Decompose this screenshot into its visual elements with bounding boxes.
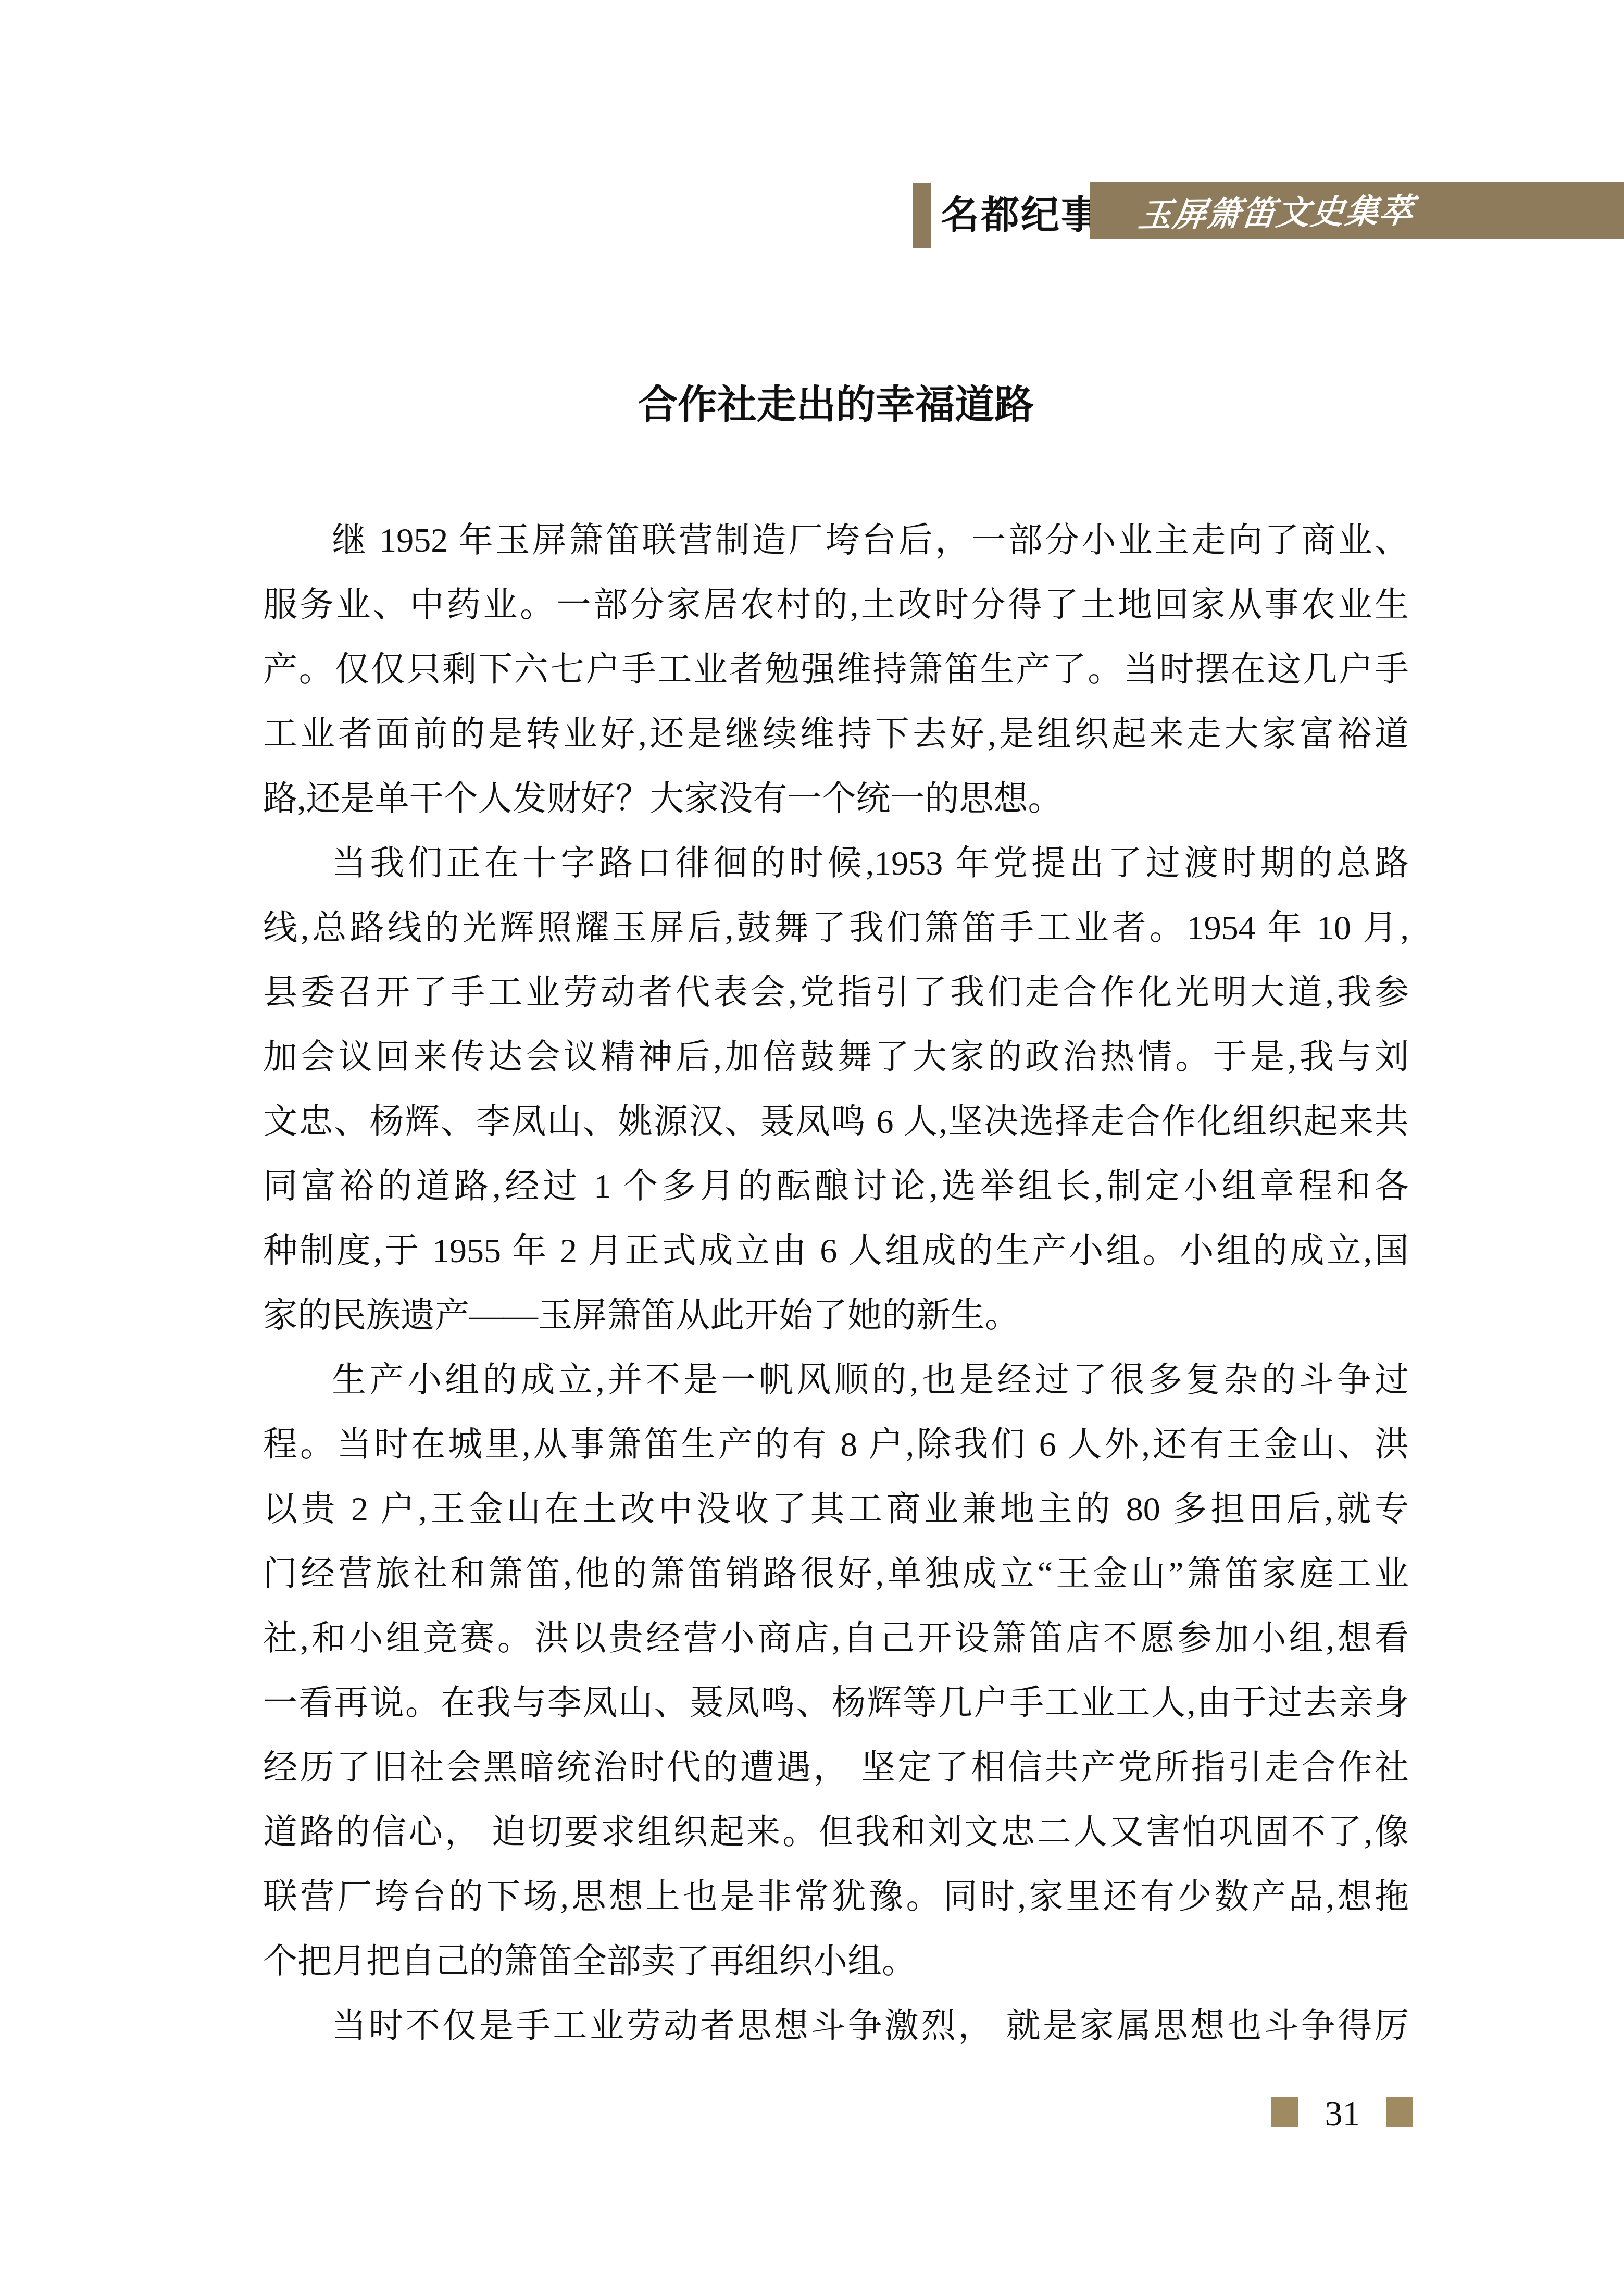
text-line: 以贵 2 户,王金山在土改中没收了其工商业兼地主的 80 多担田后,就专 [263,1477,1409,1542]
page-number: 31 [1305,2092,1380,2134]
header-accent-bar [913,183,931,248]
text-line: 当时不仅是手工业劳动者思想斗争激烈， 就是家属思想也斗争得厉 [263,1994,1409,2059]
text-line: 工业者面前的是转业好,还是继续维持下去好,是组织起来走大家富裕道 [263,702,1409,767]
text-line: 继 1952 年玉屏箫笛联营制造厂垮台后，一部分小业主走向了商业、 [263,508,1409,573]
header-section-label: 名都纪事 [941,183,1101,248]
footer-left-square [1271,2097,1298,2127]
text-line: 同富裕的道路,经过 1 个多月的酝酿讨论,选举组长,制定小组章程和各 [263,1154,1409,1219]
text-line: 文忠、杨辉、李凤山、姚源汉、聂凤鸣 6 人,坚决选择走合作化组织起来共 [263,1090,1409,1154]
text-line: 种制度,于 1955 年 2 月正式成立由 6 人组成的生产小组。小组的成立,国 [263,1219,1409,1283]
text-line: 产。仅仅只剩下六七户手工业者勉强维持箫笛生产了。当时摆在这几户手 [263,638,1409,702]
text-line: 个把月把自己的箫笛全部卖了再组织小组。 [263,1929,1409,1994]
text-line: 道路的信心， 迫切要求组织起来。但我和刘文忠二人又害怕巩固不了,像 [263,1800,1409,1865]
text-line: 经历了旧社会黑暗统治时代的遭遇， 坚定了相信共产党所指引走合作社 [263,1736,1409,1800]
text-line: 家的民族遗产——玉屏箫笛从此开始了她的新生。 [263,1283,1409,1348]
text-line: 一看再说。在我与李凤山、聂凤鸣、杨辉等几户手工业工人,由于过去亲身 [263,1671,1409,1736]
header-title-band: 玉屏箫笛文史集萃 [1090,182,1624,239]
text-line: 程。当时在城里,从事箫笛生产的有 8 户,除我们 6 人外,还有王金山、洪 [263,1413,1409,1477]
page: 名都纪事 玉屏箫笛文史集萃 合作社走出的幸福道路 继 1952 年玉屏箫笛联营制… [0,0,1624,2269]
text-line: 门经营旅社和箫笛,他的箫笛销路很好,单独成立“王金山”箫笛家庭工业 [263,1542,1409,1606]
footer-right-square [1386,2097,1413,2127]
article-title: 合作社走出的幸福道路 [263,378,1409,432]
header-series-title-calligraphy: 玉屏箫笛文史集萃 [1136,184,1417,236]
text-line: 县委召开了手工业劳动者代表会,党指引了我们走合作化光明大道,我参 [263,961,1409,1025]
article-body: 继 1952 年玉屏箫笛联营制造厂垮台后，一部分小业主走向了商业、服务业、中药业… [263,508,1409,2059]
text-line: 社,和小组竞赛。洪以贵经营小商店,自己开设箫笛店不愿参加小组,想看 [263,1606,1409,1671]
text-line: 当我们正在十字路口徘徊的时候,1953 年党提出了过渡时期的总路 [263,831,1409,896]
text-line: 生产小组的成立,并不是一帆风顺的,也是经过了很多复杂的斗争过 [263,1348,1409,1413]
text-line: 服务业、中药业。一部分家居农村的,土改时分得了土地回家从事农业生 [263,573,1409,638]
text-line: 联营厂垮台的下场,思想上也是非常犹豫。同时,家里还有少数产品,想拖 [263,1865,1409,1929]
text-line: 加会议回来传达会议精神后,加倍鼓舞了大家的政治热情。于是,我与刘 [263,1025,1409,1090]
text-line: 路,还是单干个人发财好？大家没有一个统一的思想。 [263,767,1409,831]
text-line: 线,总路线的光辉照耀玉屏后,鼓舞了我们箫笛手工业者。1954 年 10 月, [263,896,1409,961]
